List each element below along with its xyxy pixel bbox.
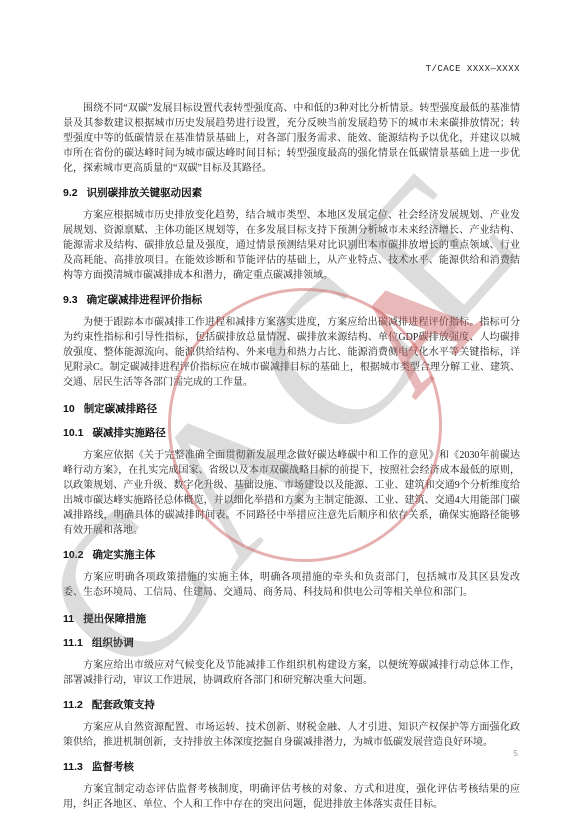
- clause-heading-9-3: 9.3确定碳减排进程评价指标: [63, 294, 520, 307]
- clause-heading-10-1: 10.1碳减排实施路径: [63, 427, 520, 440]
- clause-title: 识别碳排放关键驱动因素: [87, 187, 203, 199]
- clause-heading-11-3: 11.3监督考核: [63, 761, 520, 774]
- body-paragraph: 方案应给出市级应对气候变化及节能减排工作组织机构建设方案，以便统筹碳减排行动总体…: [63, 658, 520, 688]
- body-paragraph: 方案应根据城市历史排放变化趋势，结合城市类型、本地区发展定位、社会经济发展规划、…: [63, 208, 520, 283]
- body-paragraph: 方案应明确各项政策措施的实施主体，明确各项措施的牵头和负责部门，包括城市及其区县…: [63, 570, 520, 600]
- clause-heading-10-2: 10.2确定实施主体: [63, 549, 520, 562]
- section-heading-10: 10制定碳减排路径: [63, 403, 520, 416]
- clause-number: 10.2: [63, 549, 83, 561]
- section-title: 制定碳减排路径: [84, 403, 158, 415]
- clause-heading-11-2: 11.2配套政策支持: [63, 699, 520, 712]
- body-paragraph: 为便于跟踪本市碳减排工作进程和减排方案落实进度，方案应给出碳减排进程评价指标。指…: [63, 315, 520, 390]
- standard-number-header: T/CACE XXXX—XXXX: [426, 64, 520, 74]
- clause-title: 监督考核: [92, 761, 134, 773]
- clause-title: 碳减排实施路径: [92, 427, 166, 439]
- clause-title: 确定碳减排进程评价指标: [87, 294, 203, 306]
- clause-number: 11.2: [63, 699, 83, 711]
- section-heading-11: 11提出保障措施: [63, 613, 520, 626]
- clause-number: 9.2: [63, 187, 78, 199]
- document-page: T/CACE XXXX—XXXX 围绕不同“双碳”发展目标设置代表转型强度高、中…: [0, 0, 578, 818]
- document-body: 围绕不同“双碳”发展目标设置代表转型强度高、中和低的3种对比分析情景。转型强度最…: [63, 101, 520, 812]
- clause-number: 10.1: [63, 427, 83, 439]
- section-title: 提出保障措施: [83, 613, 146, 625]
- clause-title: 配套政策支持: [92, 699, 155, 711]
- body-paragraph: 方案应依据《关于完整准确全面贯彻新发展理念做好碳达峰碳中和工作的意见》和《203…: [63, 448, 520, 538]
- body-paragraph: 围绕不同“双碳”发展目标设置代表转型强度高、中和低的3种对比分析情景。转型强度最…: [63, 101, 520, 176]
- clause-number: 11.3: [63, 761, 83, 773]
- clause-heading-9-2: 9.2识别碳排放关键驱动因素: [63, 187, 520, 200]
- body-paragraph: 方案应从自然资源配置、市场运转、技术创新、财税金融、人才引进、知识产权保护等方面…: [63, 720, 520, 750]
- clause-title: 确定实施主体: [92, 549, 155, 561]
- section-number: 11: [63, 613, 74, 625]
- clause-number: 9.3: [63, 294, 78, 306]
- clause-title: 组织协调: [92, 637, 134, 649]
- body-paragraph: 方案宜制定动态评估监督考核制度，明确评估考核的对象、方式和进度，强化评估考核结果…: [63, 782, 520, 812]
- section-number: 10: [63, 403, 75, 415]
- clause-number: 11.1: [63, 637, 83, 649]
- page-number: 5: [513, 748, 518, 758]
- clause-heading-11-1: 11.1组织协调: [63, 637, 520, 650]
